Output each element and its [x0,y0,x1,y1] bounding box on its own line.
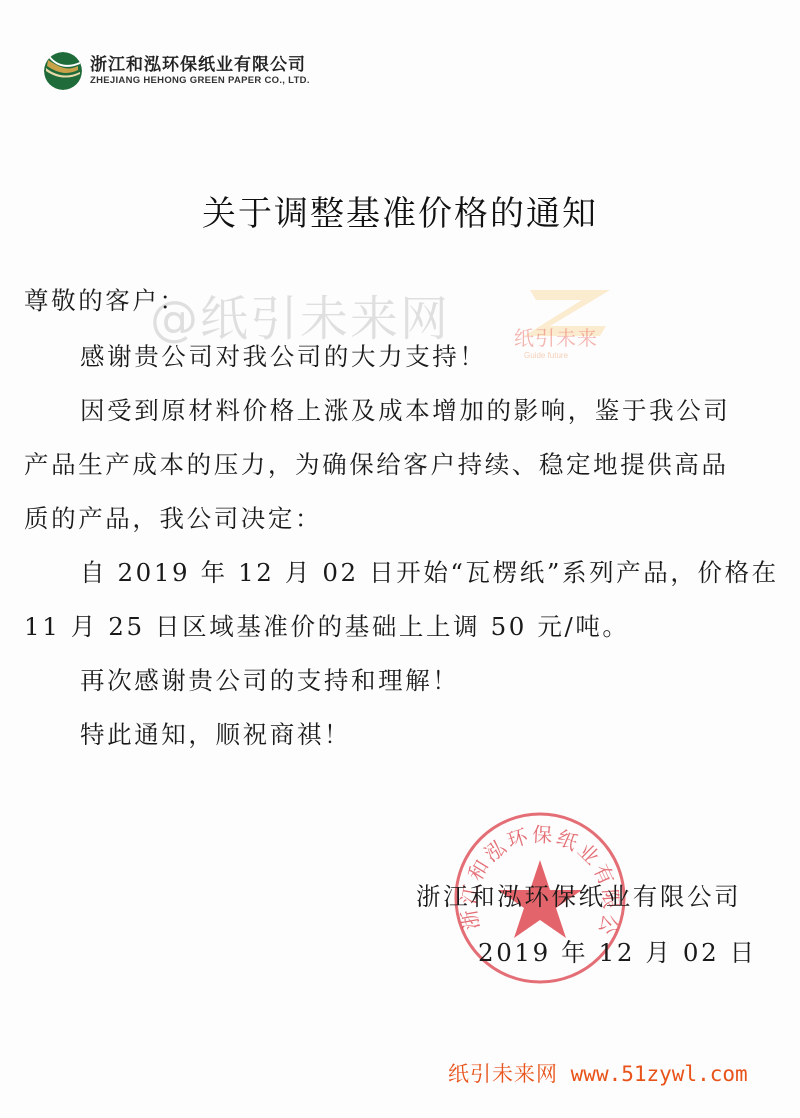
document-title: 关于调整基准价格的通知 [0,186,800,235]
footer-site-name: 纸引未来网 [448,1062,558,1086]
salutation: 尊敬的客户： [24,282,187,317]
paragraph-closing: 特此通知，顺祝商祺！ [80,716,351,751]
signature-company: 浙江和泓环保纸业有限公司 [416,878,741,913]
paragraph-reason-line-2: 产品生产成本的压力，为确保给客户持续、稳定地提供高品 [24,446,729,481]
footer-watermark: 纸引未来网 www.51zywl.com [448,1058,748,1088]
paragraph-decision-line-1: 自 2019 年 12 月 02 日开始“瓦楞纸”系列产品，价格在 [80,554,779,589]
company-name-cn: 浙江和泓环保纸业有限公司 [90,55,310,75]
paragraph-decision-line-2: 11 月 25 日区域基准价的基础上上调 50 元/吨。 [24,608,630,643]
footer-url: www.51zywl.com [571,1062,748,1086]
company-logo-icon [44,52,82,90]
company-logo: 浙江和泓环保纸业有限公司 ZHEJIANG HEHONG GREEN PAPER… [44,52,310,90]
paragraph-closing-thanks: 再次感谢贵公司的支持和理解！ [80,662,459,697]
company-name-en: ZHEJIANG HEHONG GREEN PAPER CO., LTD. [90,75,310,87]
paragraph-reason-line-1: 因受到原材料价格上涨及成本增加的影响，鉴于我公司 [80,392,730,427]
watermark-logo-cn: 纸引未来 [514,322,598,351]
paragraph-thanks: 感谢贵公司对我公司的大力支持！ [80,338,487,373]
watermark-logo-en: Guide future [524,351,568,360]
signature-date: 2019 年 12 月 02 日 [478,934,757,969]
paragraph-reason-line-3: 质的产品，我公司决定： [24,500,322,535]
